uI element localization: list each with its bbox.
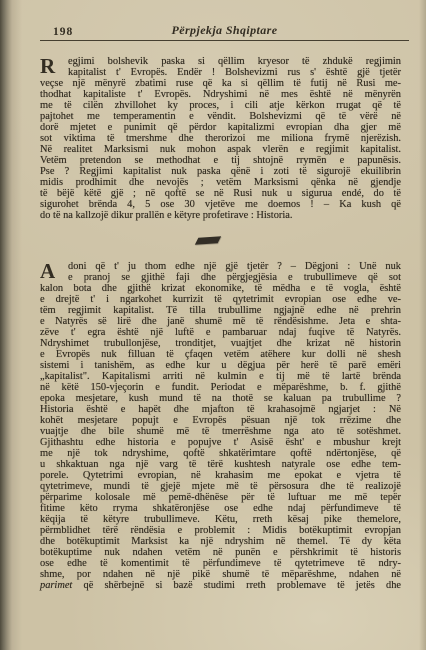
paragraph-2: A doni që t' ju thom edhe një gjë tjetër… (40, 261, 401, 591)
text-line: u shkaktuan nga një varg të tërë kushtes… (40, 459, 401, 470)
dropcap-r: R (40, 56, 55, 77)
text-line: e Evropës nuk filluan të çfaqen vetëm at… (40, 349, 401, 360)
line-remainder: që shërbejnë si bazë studimi rreth probl… (72, 580, 401, 591)
text-line: vuajtje dhe bile shumë më të tmerrëshme … (40, 426, 401, 437)
text-line: me të cilën zhvillohet ky proces, i cili… (40, 100, 401, 111)
text-line: të bëjë këtë gjë ; në qoftë se në Rusi n… (40, 188, 401, 199)
text-line: egjimi bolshevik paska si qëllim kryesor… (40, 56, 401, 67)
text-line: Pse ? Regjimi kapitalist nuk paska qënë … (40, 166, 401, 177)
text-line: Historia është e hapët dhe mjafton të kr… (40, 404, 401, 415)
text-line: e pranoj se gjithë faji dhe përgjegjësia… (40, 272, 401, 283)
paragraph-1-lines: egjimi bolshevik paska si qëllim kryesor… (40, 56, 401, 210)
text-line: Në realitet Marksismi nuk mohon aspak vl… (40, 144, 401, 155)
text-line: dhe botëkuptimit Marksist ka një ndryshi… (40, 536, 401, 547)
text-line: fitime këto rryma shkatëronjëse ose edhe… (40, 503, 401, 514)
text-line: kalon bota dhe gjithë krizat ekonomike, … (40, 283, 401, 294)
text-line: veçse një mënyrë zbatimi ruse që ka si q… (40, 78, 401, 89)
text-line: qytetrimeve, mundi të gjejë mjete më të … (40, 481, 401, 492)
text-line: e drejtë t' i ngarkohet kurrizit të qyte… (40, 294, 401, 305)
text-line: Ndryshimet trubullonjëse, tronditjet, vu… (40, 338, 401, 349)
text-line: tëm regjimit kapitalist. Të tilla trubul… (40, 305, 401, 316)
text-line: do të na kallzojë dikur prallën e këtyre… (40, 210, 401, 221)
text-line: sigurohet brënda 4, 5 ose 30 vjetëve me … (40, 199, 401, 210)
text-line: thodhat kapitaliste t' Evropës. Ndryshim… (40, 89, 401, 100)
section-separator-mark (195, 236, 221, 245)
text-line: zëve t' egra është një luftë e pambaruar… (40, 327, 401, 338)
text-line: dorë mjetet e punimit që përdor kapitali… (40, 122, 401, 133)
page-title: Përpjekja Shqiptare (40, 23, 409, 38)
text-line: e Natyrës së lirë dhe janë shumë më të r… (40, 316, 401, 327)
text-line: shme, por ndahen në një pikë shumë të më… (40, 569, 401, 580)
text-line: përparime kolosale më pemë-dhënëse për t… (40, 492, 401, 503)
text-line: kohët mesjetare popujt e Evropës pësuan … (40, 415, 401, 426)
italic-word: parimet (40, 580, 72, 591)
text-line: doni që t' ju thom edhe një gjë tjetër ?… (40, 261, 401, 272)
text-line: epoka mesjetare, kush mund të na thotë s… (40, 393, 401, 404)
dropcap-a: A (40, 261, 55, 282)
text-line: „kapitalist". Kapitalismi arriti në kulm… (40, 371, 401, 382)
paragraph-1: R egjimi bolshevik paska si qëllim kryes… (40, 56, 401, 221)
text-line: këqija të këtyre trubullimeve. Këtu, rre… (40, 514, 401, 525)
text-line: porele. Qytetrimi evropian, në krahasim … (40, 470, 401, 481)
scanned-book-page: 198 Përpjekja Shqiptare R egjimi bolshev… (0, 0, 426, 650)
text-line: përmblidhet tërë rëndësia e problemit : … (40, 525, 401, 536)
text-line: kapitalist t' Evropës. Endër ! Bolsheviz… (40, 67, 401, 78)
text-line: sot viktima të tmershme dhe therorizoi m… (40, 133, 401, 144)
text-line: me një tok ndryshime, qoftë shkatërimtar… (40, 448, 401, 459)
text-line: Gjithashtu edhe historia e popujve t' As… (40, 437, 401, 448)
text-line: sistemi i tanishëm, as edhe kur u dëgjua… (40, 360, 401, 371)
page-header: 198 Përpjekja Shqiptare (40, 20, 409, 41)
text-line: pajtohet me temperamentin e vëndit. Bols… (40, 111, 401, 122)
text-line: në këtë 150-vjeçorin e fundit. Periodat … (40, 382, 401, 393)
text-line: parimet që shërbejnë si bazë studimi rre… (40, 580, 401, 591)
text-line: midis prodhimit dhe nevojës ; vetëm Mark… (40, 177, 401, 188)
paragraph-2-lines: doni që t' ju thom edhe një gjë tjetër ?… (40, 261, 401, 580)
text-line: botëkuptime nuk ndahen vetëm në punën e … (40, 547, 401, 558)
text-line: ose edhe të komentimit të përfundimeve t… (40, 558, 401, 569)
text-line: Vetëm pretendon se methodhat e tij shtoj… (40, 155, 401, 166)
